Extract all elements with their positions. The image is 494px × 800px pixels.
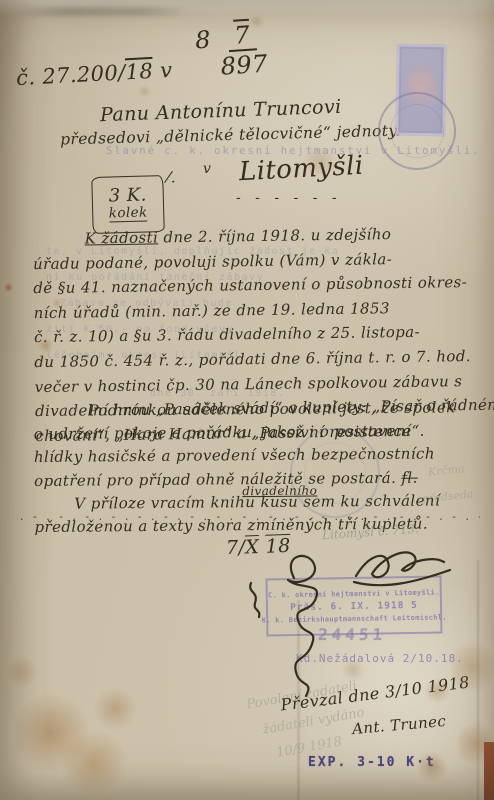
filing-fraction-stack: 7 897 — [218, 22, 269, 79]
scanned-document-page: 8 7 897 č. 27.200/18 v Panu Antonínu Tru… — [0, 0, 494, 800]
body-line-text: opatření pro případ ohně náležitě se pos… — [34, 468, 396, 489]
filing-number-left: 8 — [194, 25, 212, 54]
fraction-numerator: 7 — [227, 22, 257, 52]
inserted-word: divadelního — [242, 479, 317, 503]
address-city: Litomyšli — [238, 151, 364, 187]
background-table-edge — [484, 742, 494, 800]
fee-tick-mark: /. — [165, 167, 178, 186]
fraction-denominator: 897 — [220, 50, 269, 79]
paper-stain — [138, 86, 151, 97]
city-underline-dashes: - - - - - - — [236, 190, 342, 206]
file-number-prefix: č. 27.200/ — [15, 60, 126, 90]
expedition-stamp: EXP. 3-10 K·t — [308, 755, 436, 770]
file-number: č. 27.200/18 v — [15, 58, 173, 90]
fee-amount: 3 K. — [109, 186, 147, 205]
body-lead-word: K žádosti — [85, 228, 159, 247]
paper-crease — [476, 560, 480, 800]
official-signature — [350, 544, 455, 594]
file-number-year: 18 — [125, 59, 154, 84]
file-number-suffix: v — [160, 58, 174, 83]
ink-mark — [244, 578, 264, 622]
postmark-circle-icon — [378, 92, 456, 170]
body-line-text: dne 2. října 1918. u zdejšího — [163, 225, 391, 246]
address-recipient: Panu Antonínu Truncovi — [100, 96, 342, 126]
date-day: 7/ — [226, 536, 246, 559]
paper-crease — [296, 600, 301, 800]
address-preposition: v — [203, 161, 211, 177]
paper-stain — [94, 688, 136, 730]
struck-word: fl. — [401, 468, 417, 486]
dotted-separator: . - . - . - . - . - . - . - . - . - . - … — [20, 510, 480, 523]
body-line: Podmínkou uděleného povolení jest, že sp… — [33, 396, 489, 423]
official-signature-flourish — [256, 548, 346, 703]
body-line: hlídky hasičské a provedení všech bezpeč… — [34, 442, 490, 469]
filing-fraction: 8 7 897 — [194, 22, 268, 81]
fee-label: kolek — [109, 204, 148, 223]
paper-stain — [14, 690, 88, 776]
paper-stain — [58, 732, 130, 794]
red-ink-fleck — [5, 283, 12, 292]
smudge-streak — [14, 7, 189, 16]
paper-stain — [6, 656, 38, 688]
